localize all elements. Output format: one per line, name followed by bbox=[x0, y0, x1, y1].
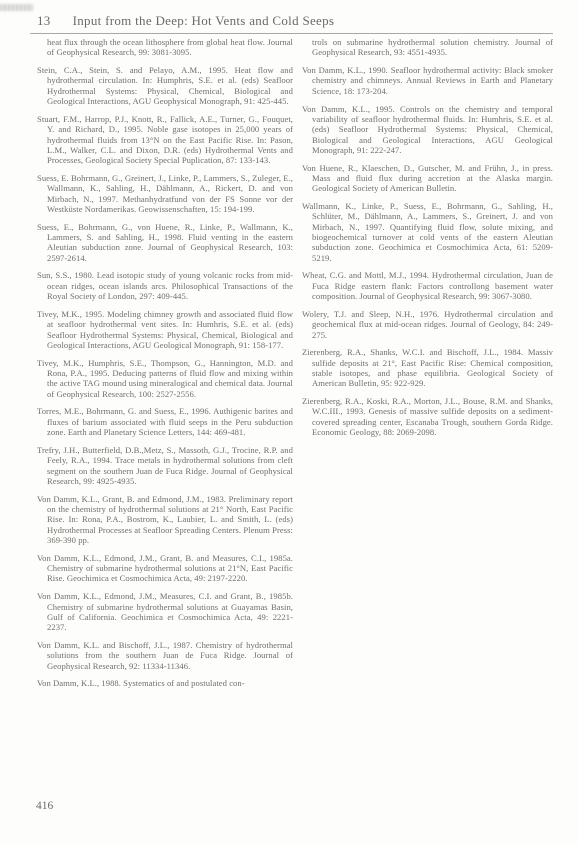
reference-entry: Von Huene, R., Klaeschen, D., Gutscher, … bbox=[302, 163, 553, 194]
reference-entry: Von Damm, K.L., Grant, B. and Edmond, J.… bbox=[37, 494, 293, 546]
reference-columns: heat flux through the ocean lithosphere … bbox=[37, 37, 553, 696]
left-column: heat flux through the ocean lithosphere … bbox=[37, 37, 293, 696]
left-reference-list: Stein, C.A., Stein, S. and Pelayo, A.M.,… bbox=[37, 65, 293, 689]
page-number: 416 bbox=[36, 800, 53, 812]
header-rule bbox=[30, 33, 553, 34]
reference-entry: Stuart, F.M., Harrop, P.J., Knott, R., F… bbox=[37, 114, 293, 166]
reference-entry: Trefry, J.H., Butterfield, D.B.,Metz, S.… bbox=[37, 445, 293, 486]
reference-entry: Von Damm, K.L. and Bischoff, J.L., 1987.… bbox=[37, 640, 293, 671]
reference-entry: Von Damm, K.L., 1995. Controls on the ch… bbox=[302, 104, 553, 156]
reference-entry: Torres, M.E., Bohrmann, G. and Suess, E.… bbox=[37, 406, 293, 437]
reference-entry: Stein, C.A., Stein, S. and Pelayo, A.M.,… bbox=[37, 65, 293, 106]
reference-entry: Suess, E. Bohrmann, G., Greinert, J., Li… bbox=[37, 173, 293, 214]
chapter-title: Input from the Deep: Hot Vents and Cold … bbox=[73, 13, 335, 28]
reference-entry: Wolery, T.J. and Sleep, N.H., 1976. Hydr… bbox=[302, 309, 553, 340]
reference-entry: Suess, E., Bohrmann, G., von Huene, R., … bbox=[37, 222, 293, 263]
right-reference-list: Von Damm, K.L., 1990. Seafloor hydrother… bbox=[302, 65, 553, 437]
right-column: trols on submarine hydrothermal solution… bbox=[302, 37, 553, 696]
page-header: 13Input from the Deep: Hot Vents and Col… bbox=[37, 13, 552, 29]
reference-entry: Von Damm, K.L., Edmond, J.M., Measures, … bbox=[37, 591, 293, 632]
reference-entry: Tivey, M.K., 1995. Modeling chimney grow… bbox=[37, 309, 293, 350]
reference-entry: Tivey, M.K., Humphris, S.E., Thompson, G… bbox=[37, 358, 293, 399]
reference-entry: Wheat, C.G. and Mottl, M.J., 1994. Hydro… bbox=[302, 270, 553, 301]
scan-artifact bbox=[0, 4, 33, 11]
continuation-paragraph: trols on submarine hydrothermal solution… bbox=[302, 37, 553, 58]
reference-entry: Zierenberg, R.A., Koski, R.A., Morton, J… bbox=[302, 396, 553, 437]
reference-entry: Sun, S.S., 1980. Lead isotopic study of … bbox=[37, 270, 293, 301]
book-page: 13Input from the Deep: Hot Vents and Col… bbox=[0, 0, 579, 845]
reference-entry: Zierenberg, R.A., Shanks, W.C.I. and Bis… bbox=[302, 347, 553, 388]
reference-entry: Von Damm, K.L., 1990. Seafloor hydrother… bbox=[302, 65, 553, 96]
continuation-paragraph: heat flux through the ocean lithosphere … bbox=[37, 37, 293, 58]
reference-entry: Wallmann, K., Linke, P., Suess, E., Bohr… bbox=[302, 201, 553, 263]
chapter-number: 13 bbox=[37, 13, 51, 29]
reference-entry: Von Damm, K.L., Edmond, J.M., Grant, B. … bbox=[37, 553, 293, 584]
reference-entry: Von Damm, K.L., 1988. Systematics of and… bbox=[37, 678, 293, 688]
